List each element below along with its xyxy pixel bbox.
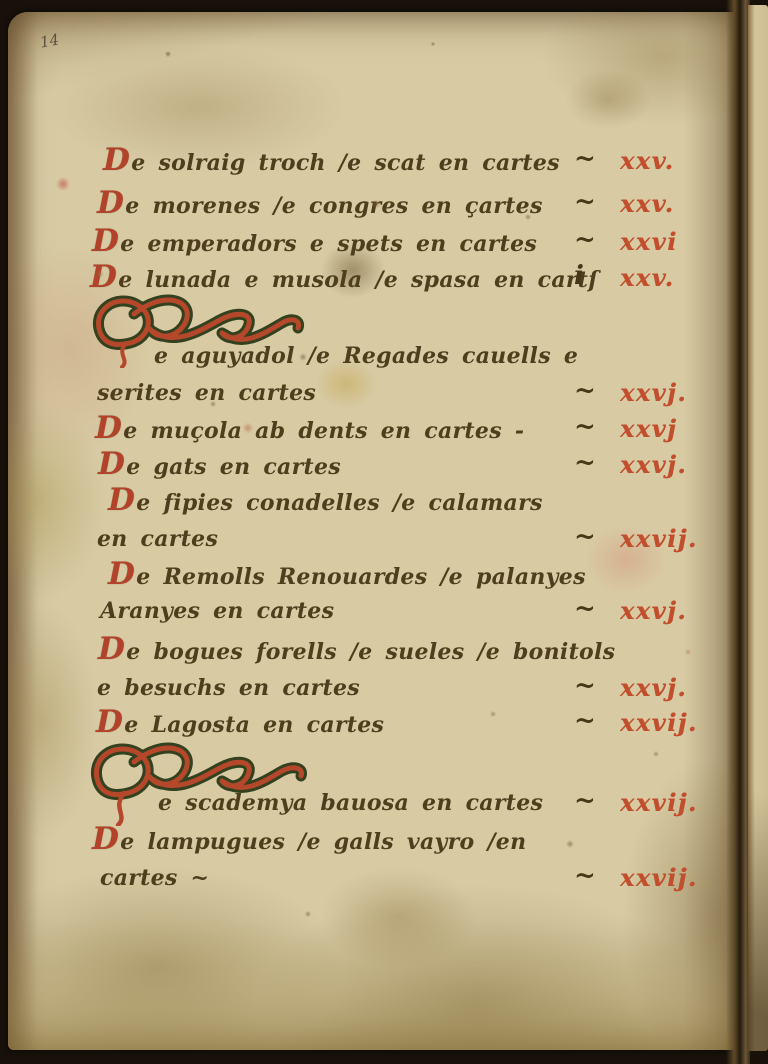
- entry-line: De muçola ab dents en cartes - ~ xxvj: [8, 414, 738, 448]
- folio-number: 14: [39, 30, 61, 51]
- entry-text: e morenes /e congres en çartes: [125, 193, 542, 219]
- entry-text: e aguyadol /e Regades cauells e: [154, 343, 578, 369]
- entry-leader-mark: ~: [574, 187, 596, 217]
- entry-folio-numeral: xxv.: [620, 146, 675, 176]
- entry-leader-mark: ~: [574, 412, 596, 442]
- entry-folio-numeral: xxvj.: [620, 378, 687, 408]
- entry-text: e solraig troch /e scat en cartes: [131, 150, 560, 176]
- entry-leader-mark: ~: [574, 225, 596, 255]
- entry-initial: D: [95, 410, 122, 446]
- entry-leader-mark: ~: [574, 671, 596, 701]
- entry-text: serites en cartes: [97, 380, 316, 406]
- entry-text: e Remolls Renouardes /e palanyes: [136, 564, 586, 590]
- entry-initial: D: [92, 821, 119, 857]
- entry-leader-mark: ~: [574, 448, 596, 478]
- entry-folio-numeral: xxvj.: [620, 450, 687, 480]
- entry-folio-numeral: xxvij.: [620, 524, 698, 554]
- entry-leader-mark: ~: [574, 376, 596, 406]
- entry-folio-numeral: xxvj.: [620, 673, 687, 703]
- entry-initial: D: [98, 631, 125, 667]
- entry-line: De morenes /e congres en çartes ~ xxv.: [8, 189, 738, 223]
- entry-leader-mark: ~: [574, 522, 596, 552]
- manuscript-photo: 14 De solraig troch /e scat en cartes ~ …: [0, 0, 768, 1064]
- entry-text: e emperadors e spets en cartes: [120, 231, 537, 257]
- entry-folio-numeral: xxv.: [620, 263, 675, 293]
- entry-line: De solraig troch /e scat en cartes ~ xxv…: [8, 146, 738, 180]
- entry-leader-mark: ~: [574, 706, 596, 736]
- entry-text: e fipies conadelles /e calamars: [136, 490, 542, 516]
- entry-line: Aranyes en cartes ~ xxvj.: [8, 596, 738, 630]
- entry-text: e besuchs en cartes: [97, 675, 360, 701]
- entry-folio-numeral: xxvij.: [620, 708, 698, 738]
- entry-leader-mark: ~: [574, 861, 596, 891]
- entry-line: De Remolls Renouardes /e palanyes: [8, 560, 738, 594]
- entry-text: Aranyes en cartes: [100, 598, 334, 624]
- entry-line: De bogues forells /e sueles /e bonitols: [8, 635, 738, 669]
- entry-text: e lampugues /e galls vayro /en: [120, 829, 526, 855]
- entry-folio-numeral: xxvi: [620, 227, 678, 257]
- entry-leader-mark: i: [574, 261, 584, 291]
- entry-text: e gats en cartes: [126, 454, 341, 480]
- entry-initial: D: [92, 223, 119, 259]
- entry-initial: D: [98, 446, 125, 482]
- entry-leader-mark: ~: [574, 594, 596, 624]
- parchment-page: 14 De solraig troch /e scat en cartes ~ …: [8, 12, 738, 1050]
- entry-text: cartes ~: [100, 865, 209, 891]
- entry-folio-numeral: xxvij.: [620, 863, 698, 893]
- entry-folio-numeral: xxvij.: [620, 788, 698, 818]
- entry-line: e scademya bauosa en cartes ~ xxvij.: [8, 788, 738, 822]
- entry-line: De Lagosta en cartes ~ xxvij.: [8, 708, 738, 742]
- entry-line: De emperadors e spets en cartes ~ xxvi: [8, 227, 738, 261]
- entry-line: De fipies conadelles /e calamars: [8, 486, 738, 520]
- entry-text: e Lagosta en cartes: [124, 712, 384, 738]
- entry-text: e muçola ab dents en cartes -: [123, 418, 524, 444]
- entry-text: en cartes: [97, 526, 218, 552]
- entry-folio-numeral: xxv.: [620, 189, 675, 219]
- entry-line: cartes ~ ~ xxvij.: [8, 863, 738, 897]
- entry-initial: D: [108, 556, 135, 592]
- entry-initial: D: [108, 482, 135, 518]
- next-page-edge: [748, 5, 768, 1051]
- entry-initial: D: [97, 185, 124, 221]
- entry-line: De lunada e musola /e spasa en cartſ i x…: [8, 263, 738, 297]
- entry-line: e besuchs en cartes ~ xxvj.: [8, 673, 738, 707]
- entry-initial: D: [103, 142, 130, 178]
- entry-folio-numeral: xxvj.: [620, 596, 687, 626]
- entry-line: serites en cartes ~ xxvj.: [8, 378, 738, 412]
- entry-line: en cartes ~ xxvij.: [8, 524, 738, 558]
- entry-line: De lampugues /e galls vayro /en: [8, 825, 738, 859]
- entry-line: e aguyadol /e Regades cauells e: [8, 341, 738, 375]
- entry-text: e scademya bauosa en cartes: [158, 790, 543, 816]
- entry-folio-numeral: xxvj: [620, 414, 677, 444]
- entry-leader-mark: ~: [574, 786, 596, 816]
- entry-leader-mark: ~: [574, 144, 596, 174]
- entry-initial: D: [90, 259, 117, 295]
- entry-text: e lunada e musola /e spasa en cartſ: [118, 267, 598, 293]
- book-gutter-seam: [726, 0, 750, 1064]
- entry-text: e bogues forells /e sueles /e bonitols: [126, 639, 615, 665]
- entry-initial: D: [96, 704, 123, 740]
- entry-line: De gats en cartes ~ xxvj.: [8, 450, 738, 484]
